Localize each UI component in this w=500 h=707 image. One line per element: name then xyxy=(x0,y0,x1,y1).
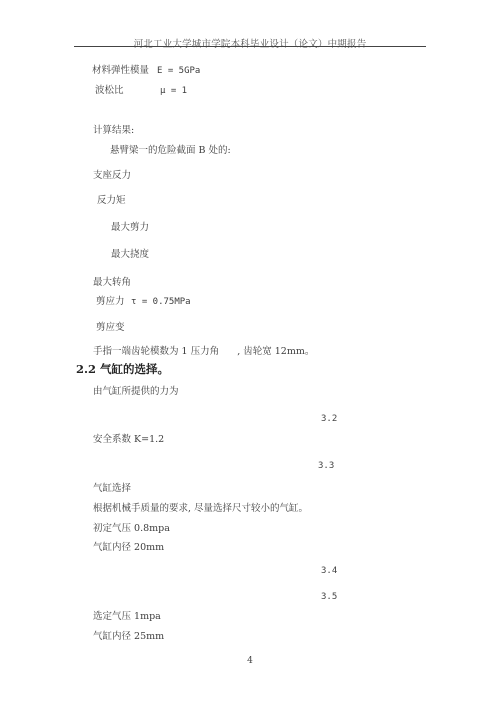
bore-25: 气缸内径 25mm xyxy=(93,631,164,643)
section-b-text: 悬臂梁一的危险截面 B 处的: xyxy=(110,145,231,157)
cylinder-select: 气缸选择 xyxy=(93,483,131,495)
shear-strain-label: 剪应变 xyxy=(96,322,125,334)
page-number: 4 xyxy=(0,656,500,666)
max-rotation-label: 最大转角 xyxy=(93,277,131,289)
poisson-value: μ = 1 xyxy=(160,85,187,97)
header-divider xyxy=(74,46,426,47)
bore-20: 气缸内径 20mm xyxy=(93,542,164,554)
equation-number-3-4: 3.4 xyxy=(321,566,337,576)
max-shear-label: 最大剪力 xyxy=(111,222,149,234)
poisson-label: 波松比 xyxy=(95,85,124,97)
initial-pressure: 初定气压 0.8mpa xyxy=(93,523,170,535)
support-force-label: 支座反力 xyxy=(93,170,131,182)
modulus-label: 材料弹性模量 xyxy=(92,65,149,77)
page-header-title: 河北工业大学城市学院本科毕业设计（论文）中期报告 xyxy=(0,36,500,50)
safety-factor: 安全系数 K=1.2 xyxy=(93,434,164,446)
gear-note: 手指一端齿轮模数为 1 压力角 , 齿轮宽 12mm。 xyxy=(93,346,314,358)
equation-number-3-3: 3.3 xyxy=(318,461,334,471)
chosen-pressure: 选定气压 1mpa xyxy=(93,611,161,623)
reaction-moment-label: 反力矩 xyxy=(97,195,126,207)
section-heading: 2.2 气缸的选择。 xyxy=(76,362,169,376)
shear-stress-label: 剪应力 xyxy=(96,296,125,308)
force-text: 由气缸所提供的力为 xyxy=(93,386,179,398)
equation-number-3-2: 3.2 xyxy=(321,414,337,424)
max-deflection-label: 最大挠度 xyxy=(111,249,149,261)
modulus-value: E = 5GPa xyxy=(157,65,200,77)
shear-stress-value: τ = 0.75MPa xyxy=(131,296,191,308)
equation-number-3-5: 3.5 xyxy=(321,592,337,602)
document-page: 河北工业大学城市学院本科毕业设计（论文）中期报告 材料弹性模量 E = 5GPa… xyxy=(0,0,500,707)
requirement-text: 根据机械手质量的要求, 尽量选择尺寸较小的气缸。 xyxy=(93,503,308,515)
results-title: 计算结果: xyxy=(93,125,134,137)
